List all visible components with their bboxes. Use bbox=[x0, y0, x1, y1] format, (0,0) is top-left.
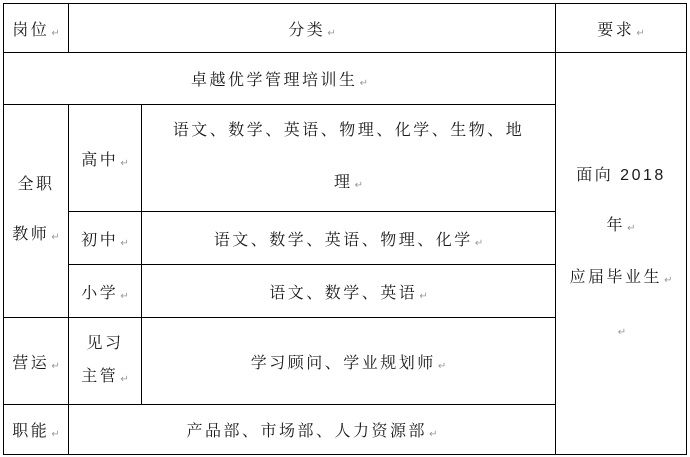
primary-school-subjects-cell: 语文、数学、英语↵ bbox=[142, 265, 556, 318]
recruitment-table: 岗位↵ 分类↵ 要求↵ 卓越优学管理培训生↵ 面向 2018 年↵ 应届毕业生↵… bbox=[3, 3, 687, 455]
paragraph-mark-icon: ↵ bbox=[327, 28, 335, 39]
requirement-line-3: 应届毕业生↵ bbox=[556, 253, 686, 305]
high-school-subjects-line-2: 理↵ bbox=[142, 157, 555, 211]
paragraph-mark-icon: ↵ bbox=[51, 232, 59, 243]
paragraph-mark-icon: ↵ bbox=[355, 180, 363, 191]
header-row: 岗位↵ 分类↵ 要求↵ bbox=[4, 4, 687, 53]
paragraph-mark-icon: ↵ bbox=[51, 28, 59, 39]
middle-school-label-cell: 初中↵ bbox=[69, 212, 142, 265]
paragraph-mark-icon: ↵ bbox=[664, 275, 672, 286]
trainee-label: 卓越优学管理培训生 bbox=[191, 72, 358, 89]
primary-school-subjects: 语文、数学、英语 bbox=[269, 285, 417, 302]
trainee-supervisor-cell: 见习 主管↵ bbox=[69, 318, 142, 405]
header-category-label: 分类 bbox=[288, 22, 325, 39]
paragraph-mark-icon: ↵ bbox=[438, 361, 446, 372]
header-requirement-cell: 要求↵ bbox=[556, 4, 687, 53]
paragraph-mark-icon: ↵ bbox=[636, 28, 644, 39]
paragraph-mark-icon: ↵ bbox=[51, 361, 59, 372]
trainee-row: 卓越优学管理培训生↵ 面向 2018 年↵ 应届毕业生↵ ↵ bbox=[4, 53, 687, 105]
paragraph-mark-icon: ↵ bbox=[618, 327, 626, 338]
header-category-cell: 分类↵ bbox=[69, 4, 556, 53]
middle-school-subjects-cell: 语文、数学、英语、物理、化学↵ bbox=[142, 212, 556, 265]
high-school-label: 高中 bbox=[81, 152, 118, 169]
fulltime-teacher-cell: 全职 教师↵ bbox=[4, 105, 69, 318]
high-school-subjects-cell: 语文、数学、英语、物理、化学、生物、地 理↵ bbox=[142, 105, 556, 212]
primary-school-label: 小学 bbox=[81, 285, 118, 302]
trainee-supervisor-line-1: 见习 bbox=[69, 327, 141, 360]
functions-departments-cell: 产品部、市场部、人力资源部↵ bbox=[69, 405, 556, 455]
paragraph-mark-icon: ↵ bbox=[120, 158, 128, 169]
primary-school-label-cell: 小学↵ bbox=[69, 265, 142, 318]
operations-roles: 学习顾问、学业规划师 bbox=[251, 355, 436, 372]
requirement-cell: 面向 2018 年↵ 应届毕业生↵ ↵ bbox=[556, 53, 687, 455]
high-school-subjects-line-1: 语文、数学、英语、物理、化学、生物、地 bbox=[142, 105, 555, 157]
paragraph-mark-icon: ↵ bbox=[51, 429, 59, 440]
operations-label: 营运 bbox=[12, 355, 49, 372]
trainee-supervisor-line-2: 主管↵ bbox=[69, 360, 141, 395]
fulltime-label-line-2: 教师↵ bbox=[4, 210, 68, 262]
operations-label-cell: 营运↵ bbox=[4, 318, 69, 405]
header-position-cell: 岗位↵ bbox=[4, 4, 69, 53]
trainee-cell: 卓越优学管理培训生↵ bbox=[4, 53, 556, 105]
header-position-label: 岗位 bbox=[12, 22, 49, 39]
requirement-line-1: 面向 2018 bbox=[556, 151, 686, 201]
functions-departments: 产品部、市场部、人力资源部 bbox=[187, 423, 428, 440]
requirement-line-2: 年↵ bbox=[556, 201, 686, 253]
operations-roles-cell: 学习顾问、学业规划师↵ bbox=[142, 318, 556, 405]
paragraph-mark-icon: ↵ bbox=[360, 78, 368, 89]
functions-label: 职能 bbox=[12, 423, 49, 440]
middle-school-subjects: 语文、数学、英语、物理、化学 bbox=[214, 232, 473, 249]
fulltime-label-line-1: 全职 bbox=[4, 160, 68, 210]
header-requirement-label: 要求 bbox=[597, 22, 634, 39]
paragraph-mark-icon: ↵ bbox=[419, 291, 427, 302]
paragraph-mark-icon: ↵ bbox=[120, 291, 128, 302]
paragraph-mark-icon: ↵ bbox=[120, 238, 128, 249]
middle-school-label: 初中 bbox=[81, 232, 118, 249]
paragraph-mark-icon: ↵ bbox=[120, 374, 128, 385]
requirement-line-4-empty: ↵ bbox=[556, 305, 686, 357]
paragraph-mark-icon: ↵ bbox=[429, 429, 437, 440]
functions-label-cell: 职能↵ bbox=[4, 405, 69, 455]
high-school-label-cell: 高中↵ bbox=[69, 105, 142, 212]
paragraph-mark-icon: ↵ bbox=[475, 238, 483, 249]
paragraph-mark-icon: ↵ bbox=[627, 223, 635, 234]
